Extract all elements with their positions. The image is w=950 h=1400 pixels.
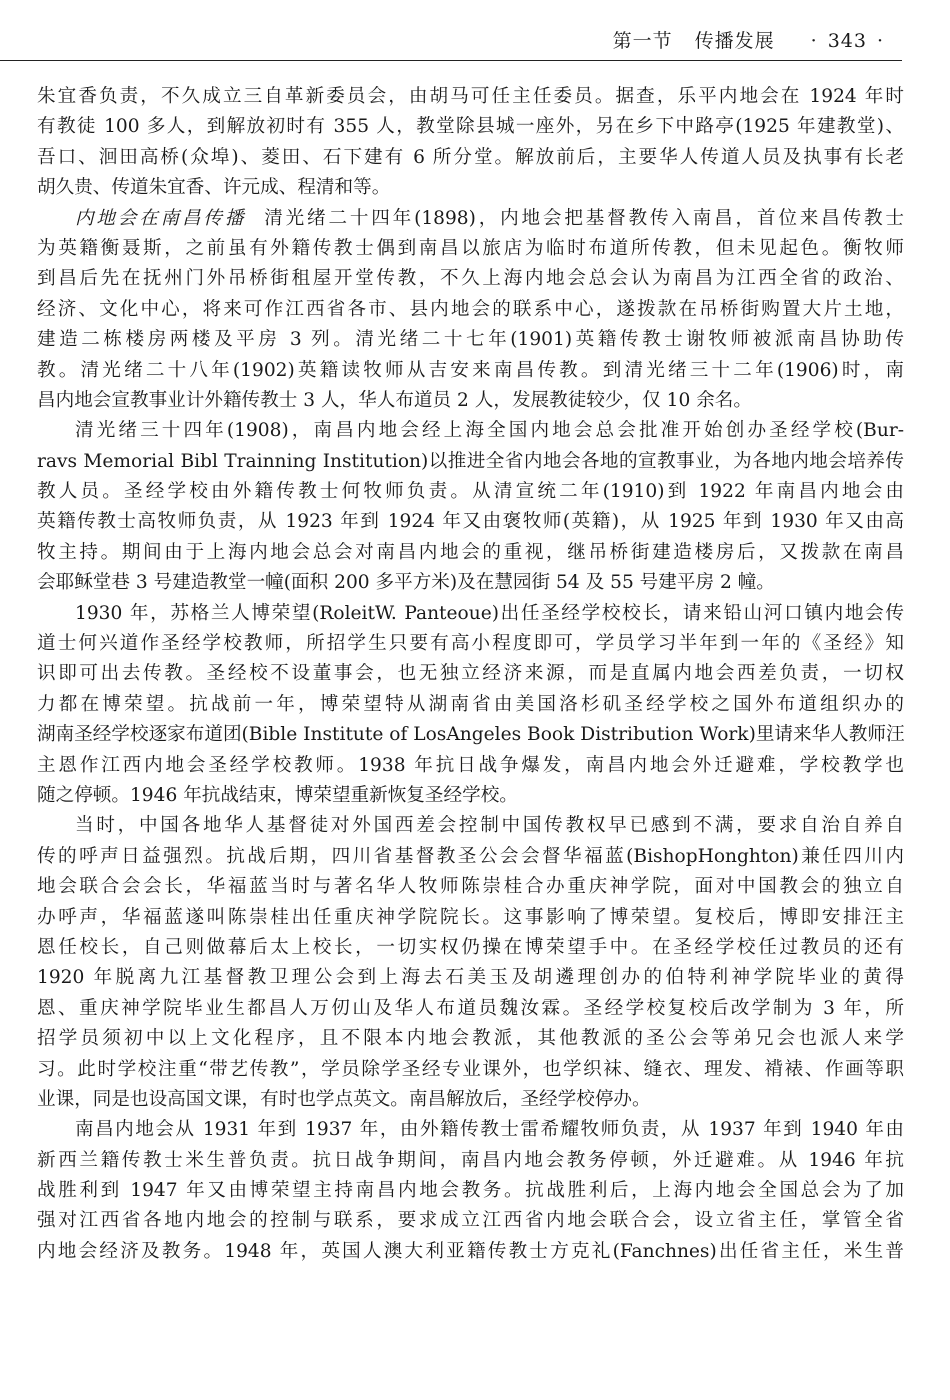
text-line: 当时，中国各地华人基督徒对外国西差会控制中国传教权早已感到不满，要求自治自养自 [37,811,904,841]
text-line: 湖南圣经学校逐家布道团(Bible Institute of LosAngele… [37,720,904,750]
paragraph-3: 清光绪三十四年(1908)，南昌内地会经上海全国内地会总会批准开始创办圣经学校(… [37,416,904,598]
text-line: 恩、重庆神学院毕业生都昌人万仞山及华人布道员魏汝霖。圣经学校复校后改学制为 3 … [37,994,904,1024]
text-line: 强对江西省各地内地会的控制与联系，要求成立江西省内地会联合会，设立省主任，掌管全… [37,1206,904,1236]
text-line: 力都在博荣望。抗战前一年，博荣望特从湖南省由美国洛杉矶圣经学校之国外布道组织办的 [37,690,904,720]
body-text: 朱宜香负责，不久成立三自革新委员会，由胡马可任主任委员。据查，乐平内地会在 19… [37,82,904,1267]
subheading: 内地会在南昌传播 [75,208,246,229]
text-line: 南昌内地会从 1931 年到 1937 年，由外籍传教士雷希耀牧师负责，从 19… [37,1115,904,1145]
text-line: 新西兰籍传教士米生普负责。抗日战争期间，南昌内地会教务停顿，外迁避难。从 194… [37,1146,904,1176]
text-line: 招学员须初中以上文化程序，且不限本内地会教派，其他教派的圣公会等弟兄会也派人来学 [37,1024,904,1054]
text-line: 传的呼声日益强烈。抗战后期，四川省基督教圣公会会督华福蓝(BishopHongh… [37,842,904,872]
text-line: 到昌后先在抚州门外吊桥街租屋开堂传教，不久上海内地会总会认为南昌为江西全省的政治… [37,264,904,294]
text-line: 有教徒 100 多人，到解放初时有 355 人，教堂除县城一座外，另在乡下中路亭… [37,112,904,142]
paragraph-1: 朱宜香负责，不久成立三自革新委员会，由胡马可任主任委员。据查，乐平内地会在 19… [37,82,904,204]
text-line: 内地会经济及教务。1948 年，英国人澳大利亚籍传教士方克礼(Fanchnes)… [37,1237,904,1267]
text-line: 道士何兴道作圣经学校教师，所招学生只要有高小程度即可，学员学习半年到一年的《圣经… [37,629,904,659]
paragraph-4: 1930 年，苏格兰人博荣望(RoleitW. Panteoue)出任圣经学校校… [37,599,904,812]
text-line: 会耶稣堂巷 3 号建造教堂一幢(面积 200 多平方米)及在慧园街 54 及 5… [37,568,904,598]
page-number: 343 [828,30,867,52]
text-line: 业课，同是也设高国文课，有时也学点英文。南昌解放后，圣经学校停办。 [37,1085,904,1115]
text-line: 地会联合会会长，华福蓝当时与著名华人牧师陈崇桂合办重庆神学院，面对中国教会的独立… [37,872,904,902]
text-line: 牧主持。期间由于上海内地会总会对南昌内地会的重视，继吊桥街建造楼房后，又拨款在南… [37,538,904,568]
text-line: 朱宜香负责，不久成立三自革新委员会，由胡马可任主任委员。据查，乐平内地会在 19… [37,82,904,112]
text-line: ravs Memorial Bibl Trainning Institution… [37,447,904,477]
text-line: 内地会在南昌传播清光绪二十四年(1898)，内地会把基督教传入南昌，首位来昌传教… [37,204,904,234]
text-line: 为英籍衡聂斯，之前虽有外籍传教士偶到南昌以旅店为临时布道所传教，但未见起色。衡牧… [37,234,904,264]
text-line: 习。此时学校注重“带艺传教”，学员除学圣经专业课外，也学织袜、缝衣、理发、褙裱、… [37,1055,904,1085]
header-chapter-title: 传播发展 [695,26,775,53]
text-line: 昌内地会宣教事业计外籍传教士 3 人，华人布道员 2 人，发展教徒较少，仅 10… [37,386,904,416]
header-rule [0,60,902,61]
text-line: 1920 年脱离九江基督教卫理公会到上海去石美玉及胡遴理创办的伯特利神学院毕业的… [37,963,904,993]
running-header: 第一节传播发展·343· [0,0,910,62]
text-line: 办呼声，华福蓝遂叫陈崇桂出任重庆神学院院长。这事影响了博荣望。复校后，博即安排汪… [37,903,904,933]
text-line: 经济、文化中心，将来可作江西省各市、县内地会的联系中心，遂拨款在吊桥街购置大片土… [37,295,904,325]
header-section-label: 第一节 [613,26,673,53]
text-line: 恩任校长，自己则做幕后太上校长，一切实权仍操在博荣望手中。在圣经学校任过教员的还… [37,933,904,963]
header-dot-right: · [877,30,884,52]
text-line: 随之停顿。1946 年抗战结束，博荣望重新恢复圣经学校。 [37,781,904,811]
text-line: 战胜利到 1947 年又由博荣望主持南昌内地会教务。抗战胜利后，上海内地会全国总… [37,1176,904,1206]
text-line: 教。清光绪二十八年(1902)英籍读牧师从吉安来南昌传教。到清光绪三十二年(19… [37,356,904,386]
text-line: 胡久贵、传道朱宜香、许元成、程清和等。 [37,173,904,203]
header-dot-left: · [811,30,818,52]
paragraph-2: 内地会在南昌传播清光绪二十四年(1898)，内地会把基督教传入南昌，首位来昌传教… [37,204,904,417]
text-line: 吾口、洄田高桥(众埠)、菱田、石下建有 6 所分堂。解放前后，主要华人传道人员及… [37,143,904,173]
paragraph-5: 当时，中国各地华人基督徒对外国西差会控制中国传教权早已感到不满，要求自治自养自 … [37,811,904,1115]
text-line: 英籍传教士高牧师负责，从 1923 年到 1924 年又由褒牧师(英籍)，从 1… [37,507,904,537]
text-line: 1930 年，苏格兰人博荣望(RoleitW. Panteoue)出任圣经学校校… [37,599,904,629]
text-span: 清光绪二十四年(1898)，内地会把基督教传入南昌，首位来昌传教士 [264,208,904,229]
text-line: 主恩作江西内地会圣经学校教师。1938 年抗日战争爆发，南昌内地会外迁避难，学校… [37,751,904,781]
paragraph-6: 南昌内地会从 1931 年到 1937 年，由外籍传教士雷希耀牧师负责，从 19… [37,1115,904,1267]
header-text: 第一节传播发展·343· [613,26,894,53]
text-line: 识即可出去传教。圣经校不设董事会，也无独立经济来源，而是直属内地会西差负责，一切… [37,659,904,689]
text-line: 教人员。圣经学校由外籍传教士何牧师负责。从清宣统二年(1910)到 1922 年… [37,477,904,507]
text-line: 清光绪三十四年(1908)，南昌内地会经上海全国内地会总会批准开始创办圣经学校(… [37,416,904,446]
text-line: 建造二栋楼房两楼及平房 3 列。清光绪二十七年(1901)英籍传教士谢牧师被派南… [37,325,904,355]
